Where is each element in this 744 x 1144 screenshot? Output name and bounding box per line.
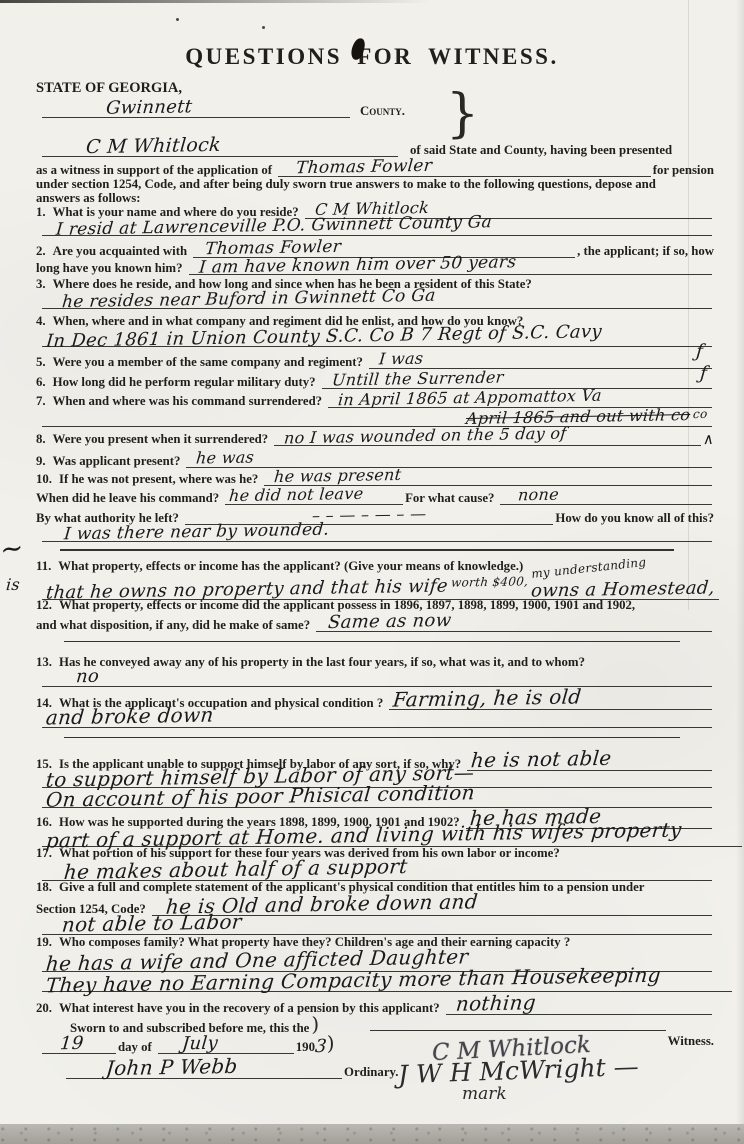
q2-text-post: , the applicant; if so, how (577, 244, 714, 259)
q13-row2: no (36, 669, 714, 688)
section-rule-3 (64, 737, 680, 738)
q15-row3: On account of his poor Phisical conditio… (36, 787, 714, 809)
q9-answer: he was (196, 450, 255, 465)
date-paren: ) (327, 1032, 335, 1055)
q6-number: 6. (36, 375, 46, 390)
scan-edge-top (0, 0, 430, 3)
q18-answer2: not able to Labor (61, 912, 242, 933)
q19-row3: They have no Earning Compacity more than… (36, 971, 734, 993)
county-brace: } (446, 84, 479, 144)
q11-margin-word: is (5, 578, 20, 593)
q2-blank2: I am have known him over 50 years (189, 258, 713, 275)
ordinary-row: John P Webb Ordinary. (60, 1058, 384, 1080)
q10-row2: When did he leave his command? he did no… (36, 488, 714, 506)
county-line: Gwinnett County. (36, 100, 714, 119)
day-label: day of (118, 1040, 152, 1055)
day-handwriting: 19 (59, 1036, 84, 1053)
q2-answer: I am have known him over 50 years (198, 255, 517, 276)
scan-speck (262, 26, 265, 29)
month-blank: July (158, 1036, 294, 1054)
q4-number: 4. (36, 314, 46, 329)
q11-row: 11. What property, effects or income has… (36, 559, 714, 574)
witness-name-handwriting: C M Whitlock (85, 137, 221, 156)
q2-text-pre: Are you acquainted with (53, 244, 188, 259)
q20-number: 20. (36, 1001, 52, 1016)
year-printed: 190 (296, 1040, 315, 1055)
q6-answer: Untill the Surrender (331, 370, 504, 387)
witness-rule (370, 1030, 666, 1031)
witness-name-blank: C M Whitlock (42, 138, 398, 157)
q10-number: 10. (36, 472, 52, 487)
q18-blank2: not able to Labor (42, 914, 712, 935)
scan-speck (176, 18, 179, 21)
state-line: STATE OF GEORGIA, (36, 80, 714, 97)
q20-answer: nothing (455, 993, 537, 1012)
q7-struck-answer: April 1865 and out with co (465, 408, 690, 426)
q8-answer: no I was wounded on the 5 day of (284, 427, 568, 446)
q3-blank: he resides near Buford in Gwinnett Co Ga (42, 292, 712, 309)
q1-number: 1. (36, 205, 46, 220)
q1-blank2: I resid at Lawrenceville P.O. Gwinnett C… (42, 219, 712, 236)
witness-mark-label: mark (462, 1084, 507, 1104)
support-post: for pension (653, 163, 714, 178)
q17-answer: he makes about half of a support (63, 857, 408, 881)
q12-number: 12. (36, 598, 52, 613)
q3-number: 3. (36, 277, 46, 292)
q8-number: 8. (36, 432, 46, 447)
q10-row4: I was there near by wounded. (36, 525, 714, 543)
q10-howknow-label: How do you know all of this? (555, 511, 714, 526)
year-handwriting: 3 (314, 1039, 327, 1055)
q17-blank: he makes about half of a support (42, 860, 712, 881)
q10-blank: he was present (264, 469, 712, 486)
section-rule-2 (64, 641, 680, 642)
section-rule-1 (60, 549, 674, 551)
q7-answer: in April 1865 at Appomattox Va (337, 389, 602, 408)
q12-text-line2: and what disposition, if any, did he mak… (36, 618, 310, 633)
date-row: 19 day of July 190 3 ) (36, 1032, 400, 1055)
county-label: County. (360, 104, 405, 119)
q8-caret-mark: ∧ (702, 433, 714, 447)
q19-number: 19. (36, 935, 52, 950)
q7-row2: April 1865 and out with co co (36, 409, 714, 428)
page-title: QUESTIONS FOR WITNESS. (0, 44, 744, 70)
sworn-intro-1: under section 1254, Code, and after bein… (36, 177, 714, 192)
q8-row: 8. Were you present when it surrendered?… (36, 429, 714, 447)
q8-blank: no I was wounded on the 5 day of (274, 429, 701, 446)
q2-number: 2. (36, 244, 46, 259)
q14-blank2: and broke down (42, 707, 712, 728)
q14-answer2: and broke down (45, 706, 214, 727)
q12-blank: Same as now (316, 614, 712, 632)
q10-leave-blank: he did not leave (225, 488, 403, 505)
q13-number: 13. (36, 655, 52, 670)
q7-number: 7. (36, 394, 46, 409)
q10-howknow-blank: I was there near by wounded. (42, 525, 712, 542)
q10-cause-blank: none (500, 488, 712, 505)
q2-row2: long have you known him? I am have known… (36, 258, 714, 276)
q1-answer2: I resid at Lawrenceville P.O. Gwinnett C… (55, 215, 492, 238)
q10-text: If he was not present, where was he? (59, 472, 258, 487)
q17-row2: he makes about half of a support (36, 860, 714, 882)
q2-text-line2: long have you known him? (36, 261, 183, 276)
q9-number: 9. (36, 454, 46, 469)
q6-text: How long did he perform regular military… (53, 375, 316, 390)
q8-text: Were you present when it surrendered? (53, 432, 269, 447)
q10-leave-answer: he did not leave (228, 487, 364, 504)
q11-answer3: owns a Homestead, (531, 580, 716, 599)
q12-row2: and what disposition, if any, did he mak… (36, 614, 714, 633)
witness-label: Witness. (668, 1034, 714, 1049)
q4-row2: In Dec 1861 in Union County S.C. Co B 7 … (36, 329, 714, 348)
ordinary-signature: John P Webb (105, 1057, 238, 1077)
q13-row: 13. Has he conveyed away any of his prop… (36, 655, 714, 670)
q16-blank2: part of a support at Home. and living wi… (42, 826, 742, 847)
q3-answer: he resides near Buford in Gwinnett Co Ga (61, 289, 436, 311)
q3-row2: he resides near Buford in Gwinnett Co Ga (36, 292, 714, 310)
q11-blank2: that he owns no property and that his wi… (42, 577, 719, 600)
support-pre: as a witness in support of the applicati… (36, 163, 272, 178)
witness-name-line: C M Whitlock of said State and County, h… (36, 138, 714, 158)
q4-answer: In Dec 1861 in Union County S.C. Co B 7 … (45, 324, 602, 350)
q6-row: 6. How long did he perform regular milit… (36, 372, 714, 390)
applicant-blank: Thomas Fowler (278, 160, 651, 177)
q13-blank: no (42, 669, 712, 687)
q5-number: 5. (36, 355, 46, 370)
presented-text: of said State and County, having been pr… (410, 143, 672, 158)
q11-text: What property, effects or income has the… (58, 559, 523, 574)
county-handwriting: Gwinnett (105, 99, 193, 117)
q15-blank3: On account of his poor Phisical conditio… (42, 787, 712, 808)
q7-text: When and where was his command surrender… (53, 394, 322, 409)
q11-insert: worth $400, (451, 576, 529, 588)
q10-leave-label: When did he leave his command? (36, 491, 219, 506)
county-blank: Gwinnett (42, 100, 350, 118)
month-handwriting: July (181, 1036, 218, 1053)
q9-text: Was applicant present? (53, 454, 181, 469)
q16-row2: part of a support at Home. and living wi… (36, 826, 744, 848)
q10-row: 10. If he was not present, where was he?… (36, 469, 714, 487)
q13-answer: no (75, 669, 99, 686)
q7-blank2: April 1865 and out with co co (42, 409, 712, 427)
q1-row2: I resid at Lawrenceville P.O. Gwinnett C… (36, 219, 714, 237)
q12-answer: Same as now (327, 613, 452, 631)
q11-number: 11. (36, 559, 51, 574)
ordinary-label: Ordinary. (344, 1065, 398, 1080)
q18-row3: not able to Labor (36, 914, 714, 936)
q19-blank2: They have no Earning Compacity more than… (42, 971, 732, 992)
q10-cause-answer: none (518, 488, 560, 503)
q5-blank: I was (369, 352, 712, 369)
state-label: STATE OF GEORGIA, (36, 80, 182, 97)
q13-text: Has he conveyed away any of his property… (59, 655, 585, 670)
q20-blank: nothing (446, 994, 712, 1015)
q5-text: Were you a member of the same company an… (53, 355, 363, 370)
q15-answer3: On account of his poor Phisical conditio… (45, 783, 475, 809)
q5-row: 5. Were you a member of the same company… (36, 352, 714, 370)
q14-answer: Farming, he is old (392, 687, 582, 708)
q18-number: 18. (36, 880, 52, 895)
q5-answer: I was (378, 352, 424, 367)
q10-howknow-answer: I was there near by wounded. (63, 523, 330, 543)
support-line: as a witness in support of the applicati… (36, 160, 714, 178)
q14-row2: and broke down (36, 707, 714, 729)
scan-edge-bottom (0, 1124, 744, 1144)
ordinary-blank: John P Webb (66, 1058, 342, 1079)
q4-blank: In Dec 1861 in Union County S.C. Co B 7 … (42, 329, 712, 347)
margin-squiggle: ~ (0, 534, 25, 562)
sworn-intro-text-1: under section 1254, Code, and after bein… (36, 177, 656, 192)
q10-answer: he was present (274, 468, 403, 485)
document-page: QUESTIONS FOR WITNESS. STATE OF GEORGIA,… (0, 0, 744, 1144)
q12-text: What property, effects or income did the… (59, 598, 635, 613)
q9-blank: he was (186, 451, 712, 468)
applicant-handwriting: Thomas Fowler (295, 159, 432, 177)
q17-number: 17. (36, 846, 52, 861)
day-blank: 19 (42, 1036, 116, 1054)
q7-sub-note: co (693, 409, 708, 420)
scan-edge-right (736, 0, 744, 1124)
